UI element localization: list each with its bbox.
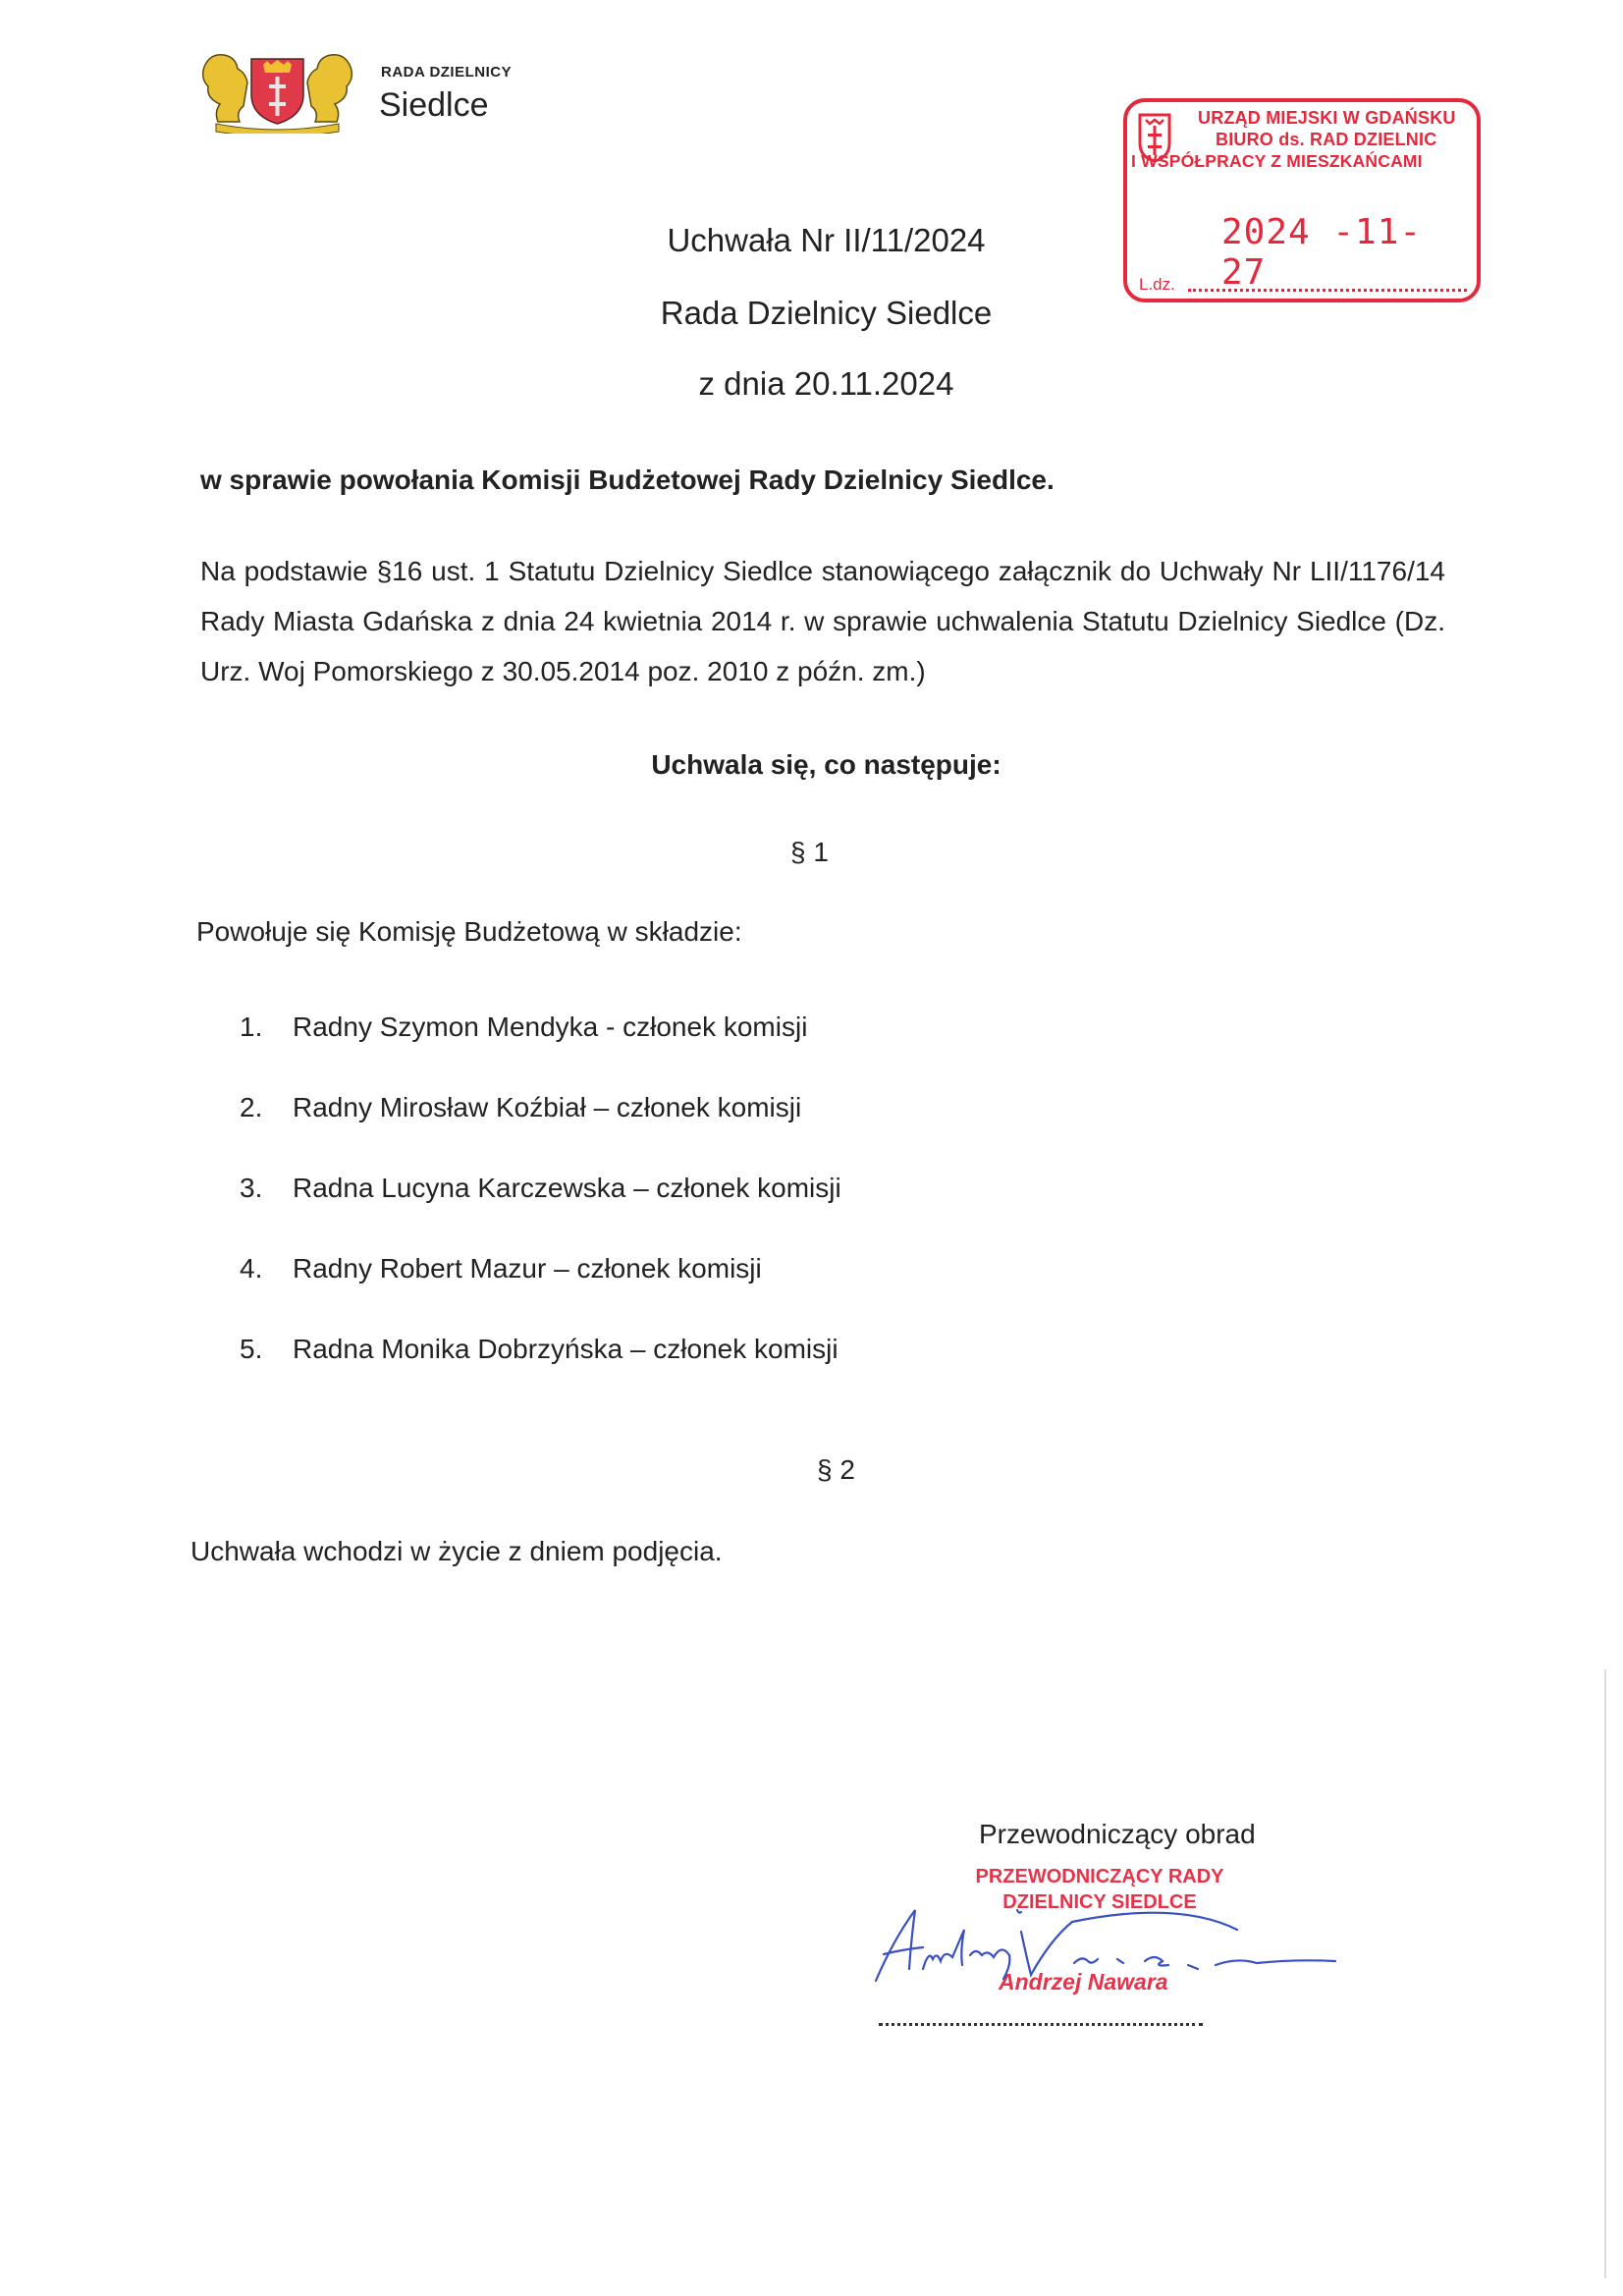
stamp-bureau-line: BIURO ds. RAD DZIELNIC xyxy=(1216,130,1436,150)
gdansk-coat-of-arms-icon xyxy=(196,47,358,134)
district-name: Siedlce xyxy=(379,86,489,125)
resolution-date: z dnia 20.11.2024 xyxy=(0,365,1623,403)
section-1-label: § 1 xyxy=(790,837,829,868)
list-item-text: Radny Robert Mazur – członek komisji xyxy=(293,1253,762,1334)
list-item: 3. Radna Lucyna Karczewska – członek kom… xyxy=(240,1173,841,1253)
resolution-number: Uchwała Nr II/11/2024 xyxy=(0,222,1623,259)
list-item-number: 3. xyxy=(240,1173,293,1253)
list-item: 1. Radny Szymon Mendyka - członek komisj… xyxy=(240,1011,841,1092)
list-item-number: 4. xyxy=(240,1253,293,1334)
list-item-text: Radny Szymon Mendyka - członek komisji xyxy=(293,1011,807,1092)
stamp-ldz-line xyxy=(1188,289,1467,292)
list-item: 4. Radny Robert Mazur – członek komisji xyxy=(240,1253,841,1334)
list-item: 5. Radna Monika Dobrzyńska – członek kom… xyxy=(240,1334,841,1414)
section-1-intro: Powołuje się Komisję Budżetową w składzi… xyxy=(196,916,742,948)
resolution-subject: w sprawie powołania Komisji Budżetowej R… xyxy=(200,465,1055,496)
resolves-heading: Uchwala się, co następuje: xyxy=(0,749,1623,781)
resolution-council: Rada Dzielnicy Siedlce xyxy=(0,295,1623,332)
legal-basis: Na podstawie §16 ust. 1 Statutu Dzielnic… xyxy=(200,546,1445,696)
list-item-text: Radny Mirosław Koźbiał – członek komisji xyxy=(293,1092,801,1173)
section-2-label: § 2 xyxy=(817,1454,855,1486)
stamp-ldz-label: L.dz. xyxy=(1139,275,1175,295)
scan-edge xyxy=(1604,1669,1606,2278)
list-item: 2. Radny Mirosław Koźbiał – członek komi… xyxy=(240,1092,841,1173)
list-item-number: 2. xyxy=(240,1092,293,1173)
list-item-number: 5. xyxy=(240,1334,293,1414)
section-2-text: Uchwała wchodzi w życie z dniem podjęcia… xyxy=(190,1536,723,1567)
stamp-cooperation-line: I WSPÓŁPRACY Z MIESZKAŃCAMI xyxy=(1131,151,1423,172)
chairperson-stamp-line1: PRZEWODNICZĄCY RADY xyxy=(943,1864,1257,1889)
committee-members-list: 1. Radny Szymon Mendyka - członek komisj… xyxy=(240,1011,841,1414)
council-label: RADA DZIELNICY xyxy=(381,64,512,81)
list-item-number: 1. xyxy=(240,1011,293,1092)
registry-stamp: URZĄD MIEJSKI W GDAŃSKU BIURO ds. RAD DZ… xyxy=(1123,98,1481,302)
stamp-office-line: URZĄD MIEJSKI W GDAŃSKU xyxy=(1198,108,1456,129)
list-item-text: Radna Monika Dobrzyńska – członek komisj… xyxy=(293,1334,839,1414)
list-item-text: Radna Lucyna Karczewska – członek komisj… xyxy=(293,1173,841,1253)
chairperson-role: Przewodniczący obrad xyxy=(979,1819,1256,1850)
handwritten-signature xyxy=(864,1900,1394,1989)
signature-line xyxy=(879,2023,1203,2026)
